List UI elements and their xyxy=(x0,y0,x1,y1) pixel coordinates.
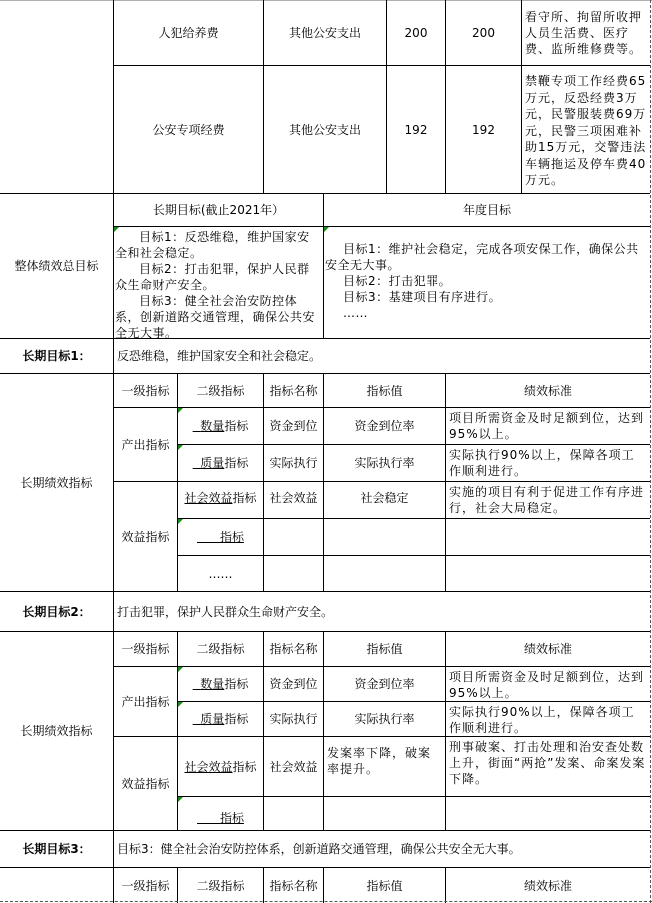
performance-standard xyxy=(445,518,650,555)
header-level2: 二级指标 xyxy=(177,631,263,666)
indicator-name xyxy=(263,555,323,591)
budget-category: 其他公安支出 xyxy=(263,65,386,193)
goal2-text: 打击犯罪，保护人民群众生命财产安全。 xyxy=(113,591,650,631)
indicator-value: 资金到位率 xyxy=(323,666,445,701)
budget-amount: 200 xyxy=(386,0,445,65)
indicator-name: 社会效益 xyxy=(263,736,323,796)
goal3-label: 长期目标3： xyxy=(0,830,113,867)
performance-standard: 实际执行90%以上，保障各项工作顺利进行。 xyxy=(445,444,650,481)
indicator-name xyxy=(263,518,323,555)
header-standard: 绩效标准 xyxy=(445,373,650,407)
budget-note: 禁鞭专项工作经费65万元，反恐经费3万元，民警服装费69万元，民警三项困难补助1… xyxy=(521,65,650,193)
level2-indicator: 社会效益指标 xyxy=(177,736,263,796)
performance-standard: 项目所需资金及时足额到位，达到95%以上。 xyxy=(445,407,650,444)
long-term-goal-line: 目标3：健全社会治安防控体系，创新道路交通管理，确保公共安全无大事。 xyxy=(115,293,322,338)
indicator-name xyxy=(263,796,323,830)
annual-goal-line: 目标2：打击犯罪。 xyxy=(325,273,649,289)
output-indicator-label: 产出指标 xyxy=(113,407,177,481)
indicator-value xyxy=(323,796,445,830)
indicator-name: 社会效益 xyxy=(263,481,323,518)
budget-name: 公安专项经费 xyxy=(113,65,263,193)
header-level1: 一级指标 xyxy=(113,631,177,666)
header-name: 指标名称 xyxy=(263,631,323,666)
annual-goal-header: 年度目标 xyxy=(323,193,650,226)
long-term-goal-line: 目标2：打击犯罪，保护人民群众生命财产安全。 xyxy=(115,261,322,293)
indicator-value: 实际执行率 xyxy=(323,701,445,736)
page-break-bottom xyxy=(0,901,652,902)
indicator-name: 资金到位 xyxy=(263,407,323,444)
goal2-label: 长期目标2： xyxy=(0,591,113,631)
indicator-value: 发案率下降，破案率提升。 xyxy=(323,736,445,796)
budget-amount: 192 xyxy=(445,65,521,193)
budget-category: 其他公安支出 xyxy=(263,0,386,65)
budget-amount: 192 xyxy=(386,65,445,193)
performance-standard: 项目所需资金及时足额到位，达到95%以上。 xyxy=(445,666,650,701)
budget-note: 看守所、拘留所收押人员生活费、医疗费、监所维修费等。 xyxy=(521,0,650,65)
header-level1: 一级指标 xyxy=(113,867,177,903)
indicator-name: 实际执行 xyxy=(263,444,323,481)
header-name: 指标名称 xyxy=(263,373,323,407)
level2-indicator: 数量指标 xyxy=(177,407,263,444)
annual-goal-line: 目标3：基建项目有序进行。 xyxy=(325,289,649,305)
budget-name: 人犯给养费 xyxy=(113,0,263,65)
page-break-right xyxy=(650,0,651,903)
header-level2: 二级指标 xyxy=(177,373,263,407)
level2-indicator: 指标 xyxy=(177,518,263,555)
indicator-value: 资金到位率 xyxy=(323,407,445,444)
performance-standard xyxy=(445,796,650,830)
header-value: 指标值 xyxy=(323,867,445,903)
level2-indicator: 指标 xyxy=(177,796,263,830)
budget-amount: 200 xyxy=(445,0,521,65)
goal1-text: 反恐维稳，维护国家安全和社会稳定。 xyxy=(113,338,650,373)
goal1-section-label: 长期绩效指标 xyxy=(0,373,113,591)
output-indicator-label: 产出指标 xyxy=(113,666,177,736)
header-value: 指标值 xyxy=(323,373,445,407)
level2-indicator: 质量指标 xyxy=(177,444,263,481)
level2-indicator: 质量指标 xyxy=(177,701,263,736)
header-name: 指标名称 xyxy=(263,867,323,903)
header-standard: 绩效标准 xyxy=(445,631,650,666)
indicator-value: 社会稳定 xyxy=(323,481,445,518)
level2-indicator: 数量指标 xyxy=(177,666,263,701)
goal3-text: 目标3：健全社会治安防控体系，创新道路交通管理，确保公共安全无大事。 xyxy=(113,830,650,867)
long-term-goal-header: 长期目标(截止2021年） xyxy=(113,193,323,226)
goal2-section-label: 长期绩效指标 xyxy=(0,631,113,830)
header-level1: 一级指标 xyxy=(113,373,177,407)
indicator-name: 资金到位 xyxy=(263,666,323,701)
indicator-value xyxy=(323,518,445,555)
level2-indicator: …… xyxy=(177,555,263,591)
annual-goal-line: …… xyxy=(325,305,649,321)
performance-standard: 实施的项目有利于促进工作有序进行，社会大局稳定。 xyxy=(445,481,650,518)
goal3-section-label xyxy=(0,867,113,903)
performance-standard: 实际执行90%以上，保障各项工作顺利进行。 xyxy=(445,701,650,736)
header-level2: 二级指标 xyxy=(177,867,263,903)
long-term-goals-text: 目标1：反恐维稳，维护国家安全和社会稳定。 目标2：打击犯罪，保护人民群众生命财… xyxy=(113,226,323,338)
benefit-indicator-label: 效益指标 xyxy=(113,736,177,830)
goal1-label: 长期目标1： xyxy=(0,338,113,373)
performance-standard xyxy=(445,555,650,591)
annual-goals-text: 目标1：维护社会稳定，完成各项安保工作，确保公共安全无大事。 目标2：打击犯罪。… xyxy=(323,226,650,338)
header-value: 指标值 xyxy=(323,631,445,666)
indicator-value: 实际执行率 xyxy=(323,444,445,481)
header-standard: 绩效标准 xyxy=(445,867,650,903)
level2-indicator: 社会效益指标 xyxy=(177,481,263,518)
indicator-name: 实际执行 xyxy=(263,701,323,736)
overall-goal-label: 整体绩效总目标 xyxy=(0,193,113,338)
indicator-value xyxy=(323,555,445,591)
benefit-indicator-label: 效益指标 xyxy=(113,481,177,591)
performance-standard: 刑事破案、打击处理和治安查处数上升，街面“两抢”发案、命案发案下降。 xyxy=(445,736,650,796)
annual-goal-line: 目标1：维护社会稳定，完成各项安保工作，确保公共安全无大事。 xyxy=(325,241,649,273)
long-term-goal-line: 目标1：反恐维稳，维护国家安全和社会稳定。 xyxy=(115,229,322,261)
